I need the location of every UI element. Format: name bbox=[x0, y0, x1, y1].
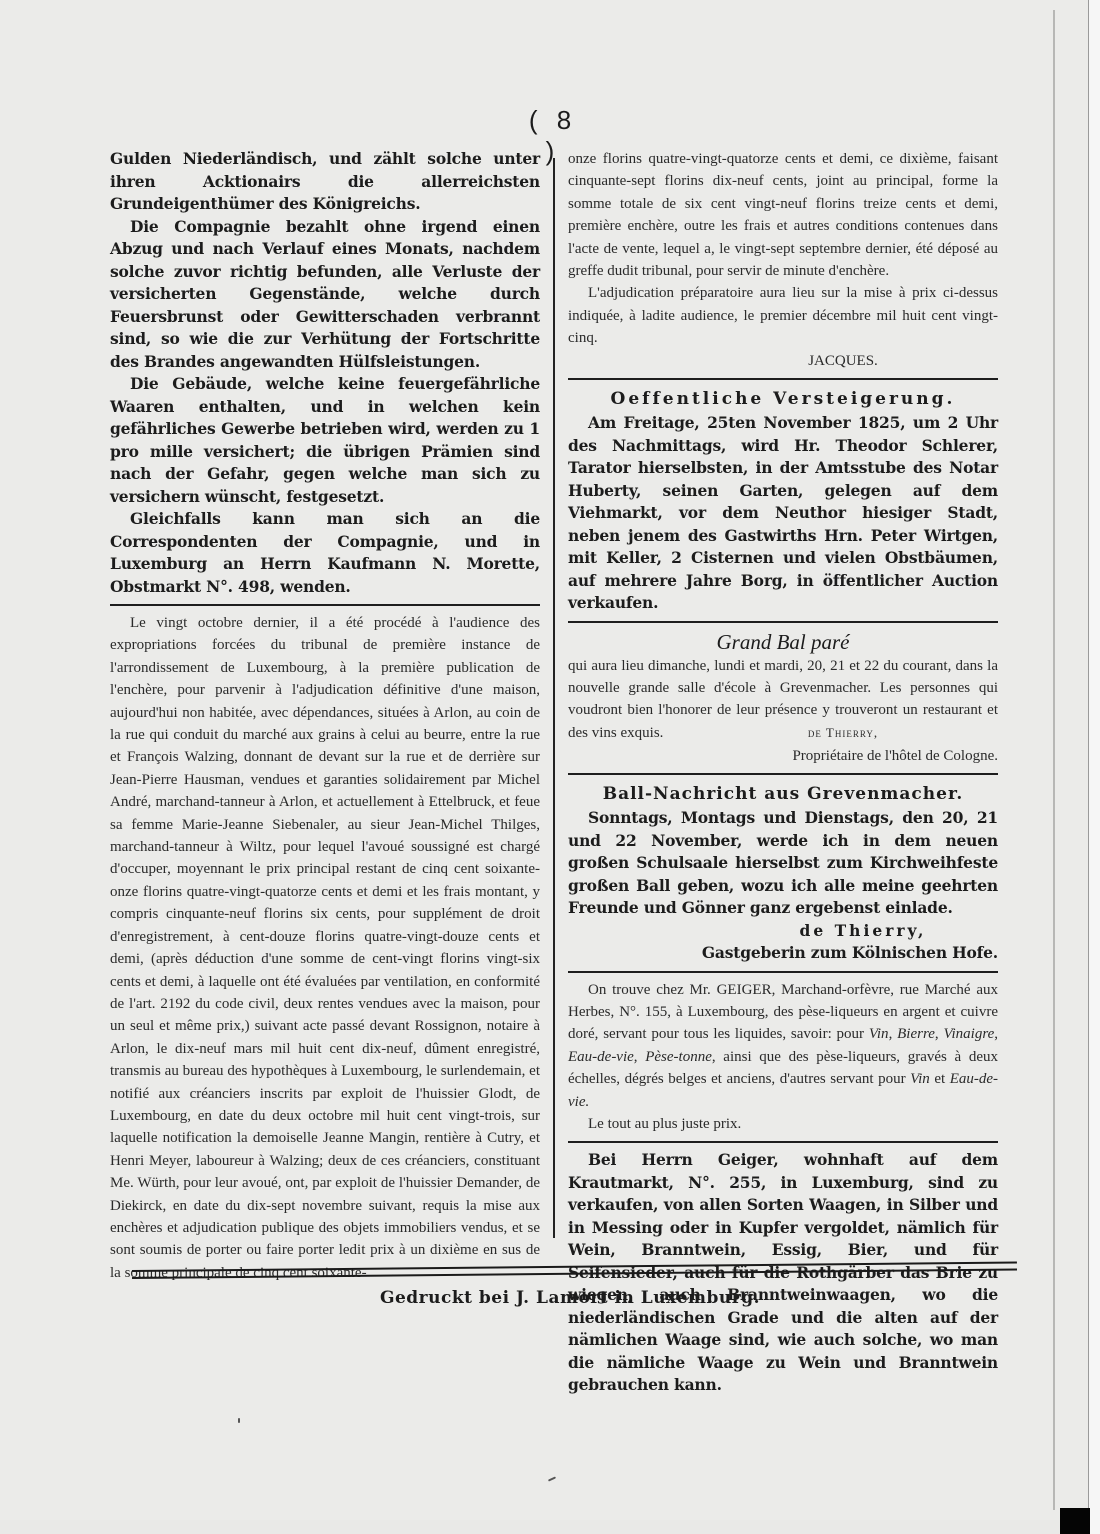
ball-de-signature-title: Gastgeberin zum Kölnischen Hofe. bbox=[568, 942, 998, 965]
paper-speck bbox=[548, 1476, 556, 1481]
expropriation-paragraph: L'adjudication préparatoire aura lieu su… bbox=[568, 282, 998, 349]
left-column: Gulden Niederländisch, und zählt solche … bbox=[110, 148, 540, 1284]
ball-de-heading: Ball-Nachricht aus Grevenmacher. bbox=[568, 781, 998, 807]
insurance-paragraph: Die Gebäude, welche keine feuergefährlic… bbox=[110, 373, 540, 508]
insurance-paragraph: Gulden Niederländisch, und zählt solche … bbox=[110, 148, 540, 216]
page-edge bbox=[1088, 0, 1100, 1534]
insurance-paragraph: Die Compagnie bezahlt ohne irgend einen … bbox=[110, 216, 540, 374]
section-divider bbox=[110, 604, 540, 606]
insurance-notice: Gulden Niederländisch, und zählt solche … bbox=[110, 148, 540, 598]
geiger-fr-item: Vin bbox=[869, 1026, 889, 1042]
expropriation-signature: JACQUES. bbox=[568, 350, 998, 372]
ball-announcement-fr: Grand Bal paré qui aura lieu dimanche, l… bbox=[568, 629, 998, 767]
section-divider bbox=[568, 971, 998, 973]
geiger-fr-item: Vinaigre bbox=[943, 1026, 994, 1042]
section-divider bbox=[568, 621, 998, 623]
geiger-fr-item-end: et bbox=[934, 1071, 945, 1087]
ball-de-body: Sonntags, Montags und Dienstags, den 20,… bbox=[568, 807, 998, 920]
section-divider bbox=[568, 378, 998, 380]
ball-fr-heading: Grand Bal paré bbox=[568, 629, 998, 655]
newspaper-page: ( 8 ) Gulden Niederländisch, und zählt s… bbox=[0, 0, 1088, 1520]
expropriation-continued: onze florins quatre-vingt-quatorze cents… bbox=[568, 148, 998, 372]
scan-shadow bbox=[1060, 1508, 1090, 1534]
section-divider bbox=[568, 1141, 998, 1143]
right-column: onze florins quatre-vingt-quatorze cents… bbox=[568, 148, 998, 1397]
ball-fr-signature-name: de Thierry, bbox=[808, 725, 878, 740]
ball-de-signature-name: de Thierry, bbox=[568, 920, 998, 943]
geiger-advert-fr: On trouve chez Mr. GEIGER, Marchand-orfè… bbox=[568, 979, 998, 1136]
geiger-fr-item: Eau-de-vie bbox=[568, 1049, 634, 1065]
auction-body: Am Freitage, 25ten November 1825, um 2 U… bbox=[568, 412, 998, 615]
auction-heading: Oeffentliche Versteigerung. bbox=[568, 386, 998, 412]
geiger-fr-closing: Le tout au plus juste prix. bbox=[568, 1113, 998, 1135]
expropriation-paragraph: onze florins quatre-vingt-quatorze cents… bbox=[568, 148, 998, 282]
printer-imprint: Gedruckt bei J. Lamort in Luxemburg. bbox=[120, 1288, 1020, 1308]
geiger-fr-item: Pèse-tonne bbox=[645, 1049, 712, 1065]
expropriation-notice: Le vingt octobre dernier, il a été procé… bbox=[110, 612, 540, 1284]
geiger-fr-item: Bierre bbox=[897, 1026, 935, 1042]
insurance-paragraph: Gleichfalls kann man sich an die Corresp… bbox=[110, 508, 540, 598]
page-fold-line bbox=[1053, 10, 1055, 1510]
section-divider bbox=[568, 773, 998, 775]
geiger-fr-item-end: Vin bbox=[910, 1071, 930, 1087]
paper-speck bbox=[238, 1418, 240, 1423]
ball-announcement-de: Ball-Nachricht aus Grevenmacher. Sonntag… bbox=[568, 781, 998, 965]
auction-notice: Oeffentliche Versteigerung. Am Freitage,… bbox=[568, 386, 998, 615]
column-divider bbox=[553, 158, 555, 1238]
ball-fr-signature-title: Propriétaire de l'hôtel de Cologne. bbox=[568, 745, 998, 767]
